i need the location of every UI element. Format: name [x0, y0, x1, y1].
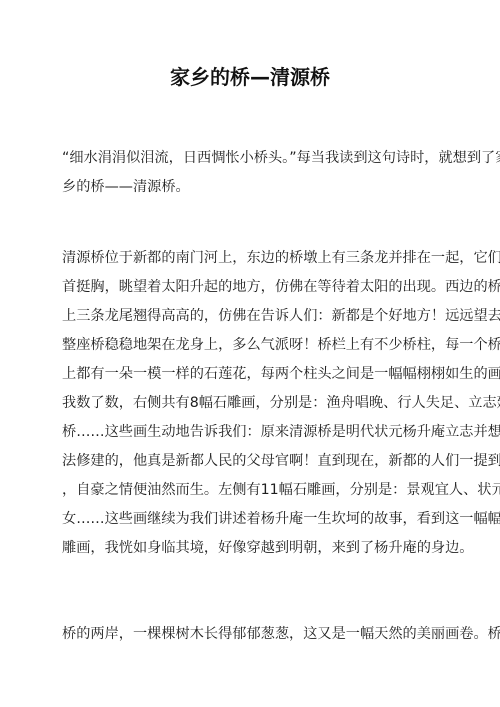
- paragraph-intro: “细水涓涓似泪流，日西惆怅小桥头。”每当我读到这句诗时，就想到了家 乡的桥——清…: [62, 144, 440, 202]
- text-line: 法修建的，他真是新都人民的父母官啊！直到现在，新都的人们一提到他: [62, 447, 440, 476]
- text-line: 整座桥稳稳地架在龙身上，多么气派呀！桥栏上有不少桥柱，每一个桥柱: [62, 331, 440, 360]
- text-line: 首挺胸，眺望着太阳升起的地方，仿佛在等待着太阳的出现。西边的桥墩: [62, 273, 440, 302]
- text-line: 桥……这些画生动地告诉我们：原来清源桥是明代状元杨升庵立志并想办: [62, 418, 440, 447]
- text-line: “细水涓涓似泪流，日西惆怅小桥头。”每当我读到这句诗时，就想到了家: [62, 144, 440, 173]
- text-line: 我数了数，右侧共有8幅石雕画，分别是：渔舟唱晚、行人失足、立志建: [62, 389, 440, 418]
- text-line: 桥的两岸，一棵棵树木长得郁郁葱葱，这又是一幅天然的美丽画卷。桥下: [62, 620, 440, 649]
- text-line: 上都有一朵一模一样的石莲花，每两个柱头之间是一幅幅栩栩如生的画，: [62, 360, 440, 389]
- paragraph-bridge-description: 清源桥位于新都的南门河上，东边的桥墩上有三条龙并排在一起，它们昂 首挺胸，眺望着…: [62, 244, 440, 563]
- text-line: 清源桥位于新都的南门河上，东边的桥墩上有三条龙并排在一起，它们昂: [62, 244, 440, 273]
- text-line: 女……这些画继续为我们讲述着杨升庵一生坎坷的故事，看到这一幅幅石: [62, 505, 440, 534]
- text-line: 乡的桥——清源桥。: [62, 173, 440, 202]
- text-line: ，自豪之情便油然而生。左侧有11幅石雕画，分别是：景观宜人、状元才: [62, 476, 440, 505]
- text-line: 雕画，我恍如身临其境，好像穿越到明朝，来到了杨升庵的身边。: [62, 534, 440, 563]
- text-line: 上三条龙尾翘得高高的，仿佛在告诉人们：新都是个好地方！远远望去，: [62, 302, 440, 331]
- document-title: 家乡的桥—清源桥: [0, 62, 500, 92]
- document-page: 家乡的桥—清源桥 “细水涓涓似泪流，日西惆怅小桥头。”每当我读到这句诗时，就想到…: [0, 0, 500, 707]
- paragraph-riverbank: 桥的两岸，一棵棵树木长得郁郁葱葱，这又是一幅天然的美丽画卷。桥下: [62, 620, 440, 649]
